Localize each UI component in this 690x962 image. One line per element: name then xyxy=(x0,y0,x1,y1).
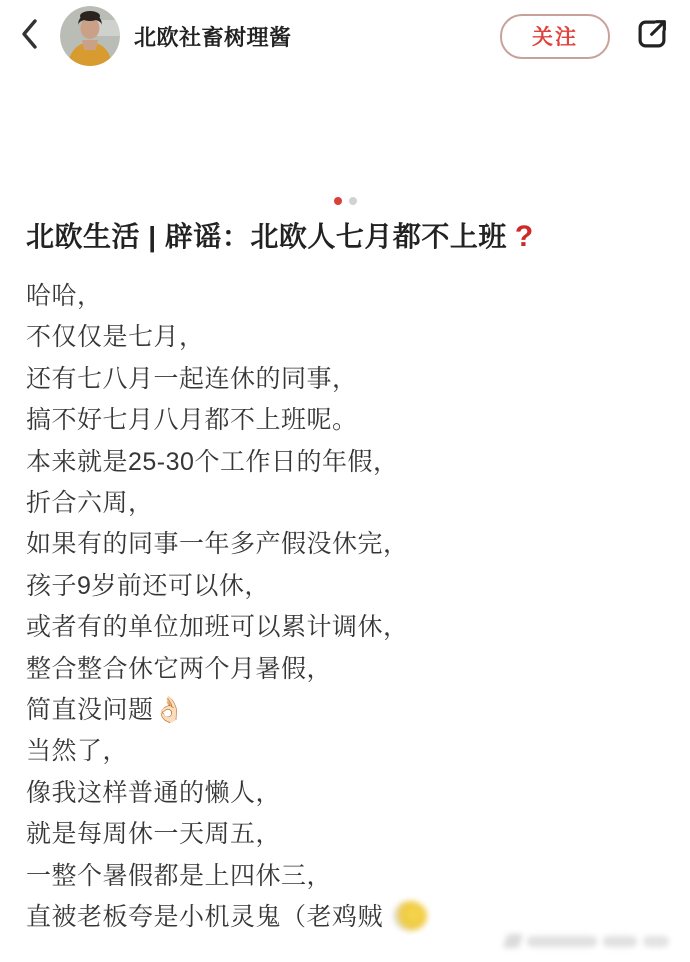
share-button[interactable] xyxy=(632,16,672,56)
chevron-left-icon xyxy=(18,17,42,56)
post-line: 搞不好七月八月都不上班呢。 xyxy=(26,400,674,441)
watermark-text-blur xyxy=(643,936,669,947)
post-body: 哈哈，不仅仅是七月，还有七八月一起连休的同事，搞不好七月八月都不上班呢。本来就是… xyxy=(26,276,674,939)
watermark-logo xyxy=(503,934,524,948)
post-line: 本来就是25-30个工作日的年假， xyxy=(26,442,674,483)
carousel-dot-active xyxy=(334,197,342,205)
share-icon xyxy=(633,15,671,58)
post-title-text: 北欧生活 | 辟谣：北欧人七月都不上班 xyxy=(26,221,507,252)
author-username[interactable]: 北欧社畜树理酱 xyxy=(134,21,292,52)
author-avatar[interactable] xyxy=(60,6,120,66)
carousel-dot-inactive xyxy=(349,197,357,205)
post-title: 北欧生活 | 辟谣：北欧人七月都不上班? xyxy=(26,220,670,254)
note-detail-screen: 北欧社畜树理酱 关注 北欧生活 | 辟谣：北欧人七月都不上班? 哈哈，不仅仅是七… xyxy=(0,0,690,962)
watermark-text-blur xyxy=(603,936,637,947)
post-line: 像我这样普通的懒人， xyxy=(26,773,674,814)
post-line: 简直没问题👌🏻 xyxy=(26,690,674,731)
post-line: 就是每周休一天周五， xyxy=(26,814,674,855)
post-line: 还有七八月一起连休的同事， xyxy=(26,359,674,400)
post-line: 一整个暑假都是上四休三， xyxy=(26,856,674,897)
post-line: 当然了， xyxy=(26,731,674,772)
post-line: 如果有的同事一年多产假没休完， xyxy=(26,524,674,565)
post-line: 不仅仅是七月， xyxy=(26,317,674,358)
post-line: 整合整合休它两个月暑假， xyxy=(26,649,674,690)
follow-button-label: 关注 xyxy=(532,21,578,51)
watermark xyxy=(505,931,685,951)
blurred-smiley-emoji xyxy=(393,901,427,931)
top-nav-bar: 北欧社畜树理酱 关注 xyxy=(0,0,690,72)
follow-button[interactable]: 关注 xyxy=(500,14,610,59)
post-line: 孩子9岁前还可以休， xyxy=(26,566,674,607)
red-question-mark-emoji: ? xyxy=(515,220,534,253)
avatar-image xyxy=(60,6,120,66)
post-line: 折合六周， xyxy=(26,483,674,524)
carousel-page-indicator xyxy=(0,196,690,206)
post-line: 或者有的单位加班可以累计调休， xyxy=(26,607,674,648)
post-line: 哈哈， xyxy=(26,276,674,317)
watermark-text-blur xyxy=(527,936,597,947)
back-button[interactable] xyxy=(18,16,52,56)
